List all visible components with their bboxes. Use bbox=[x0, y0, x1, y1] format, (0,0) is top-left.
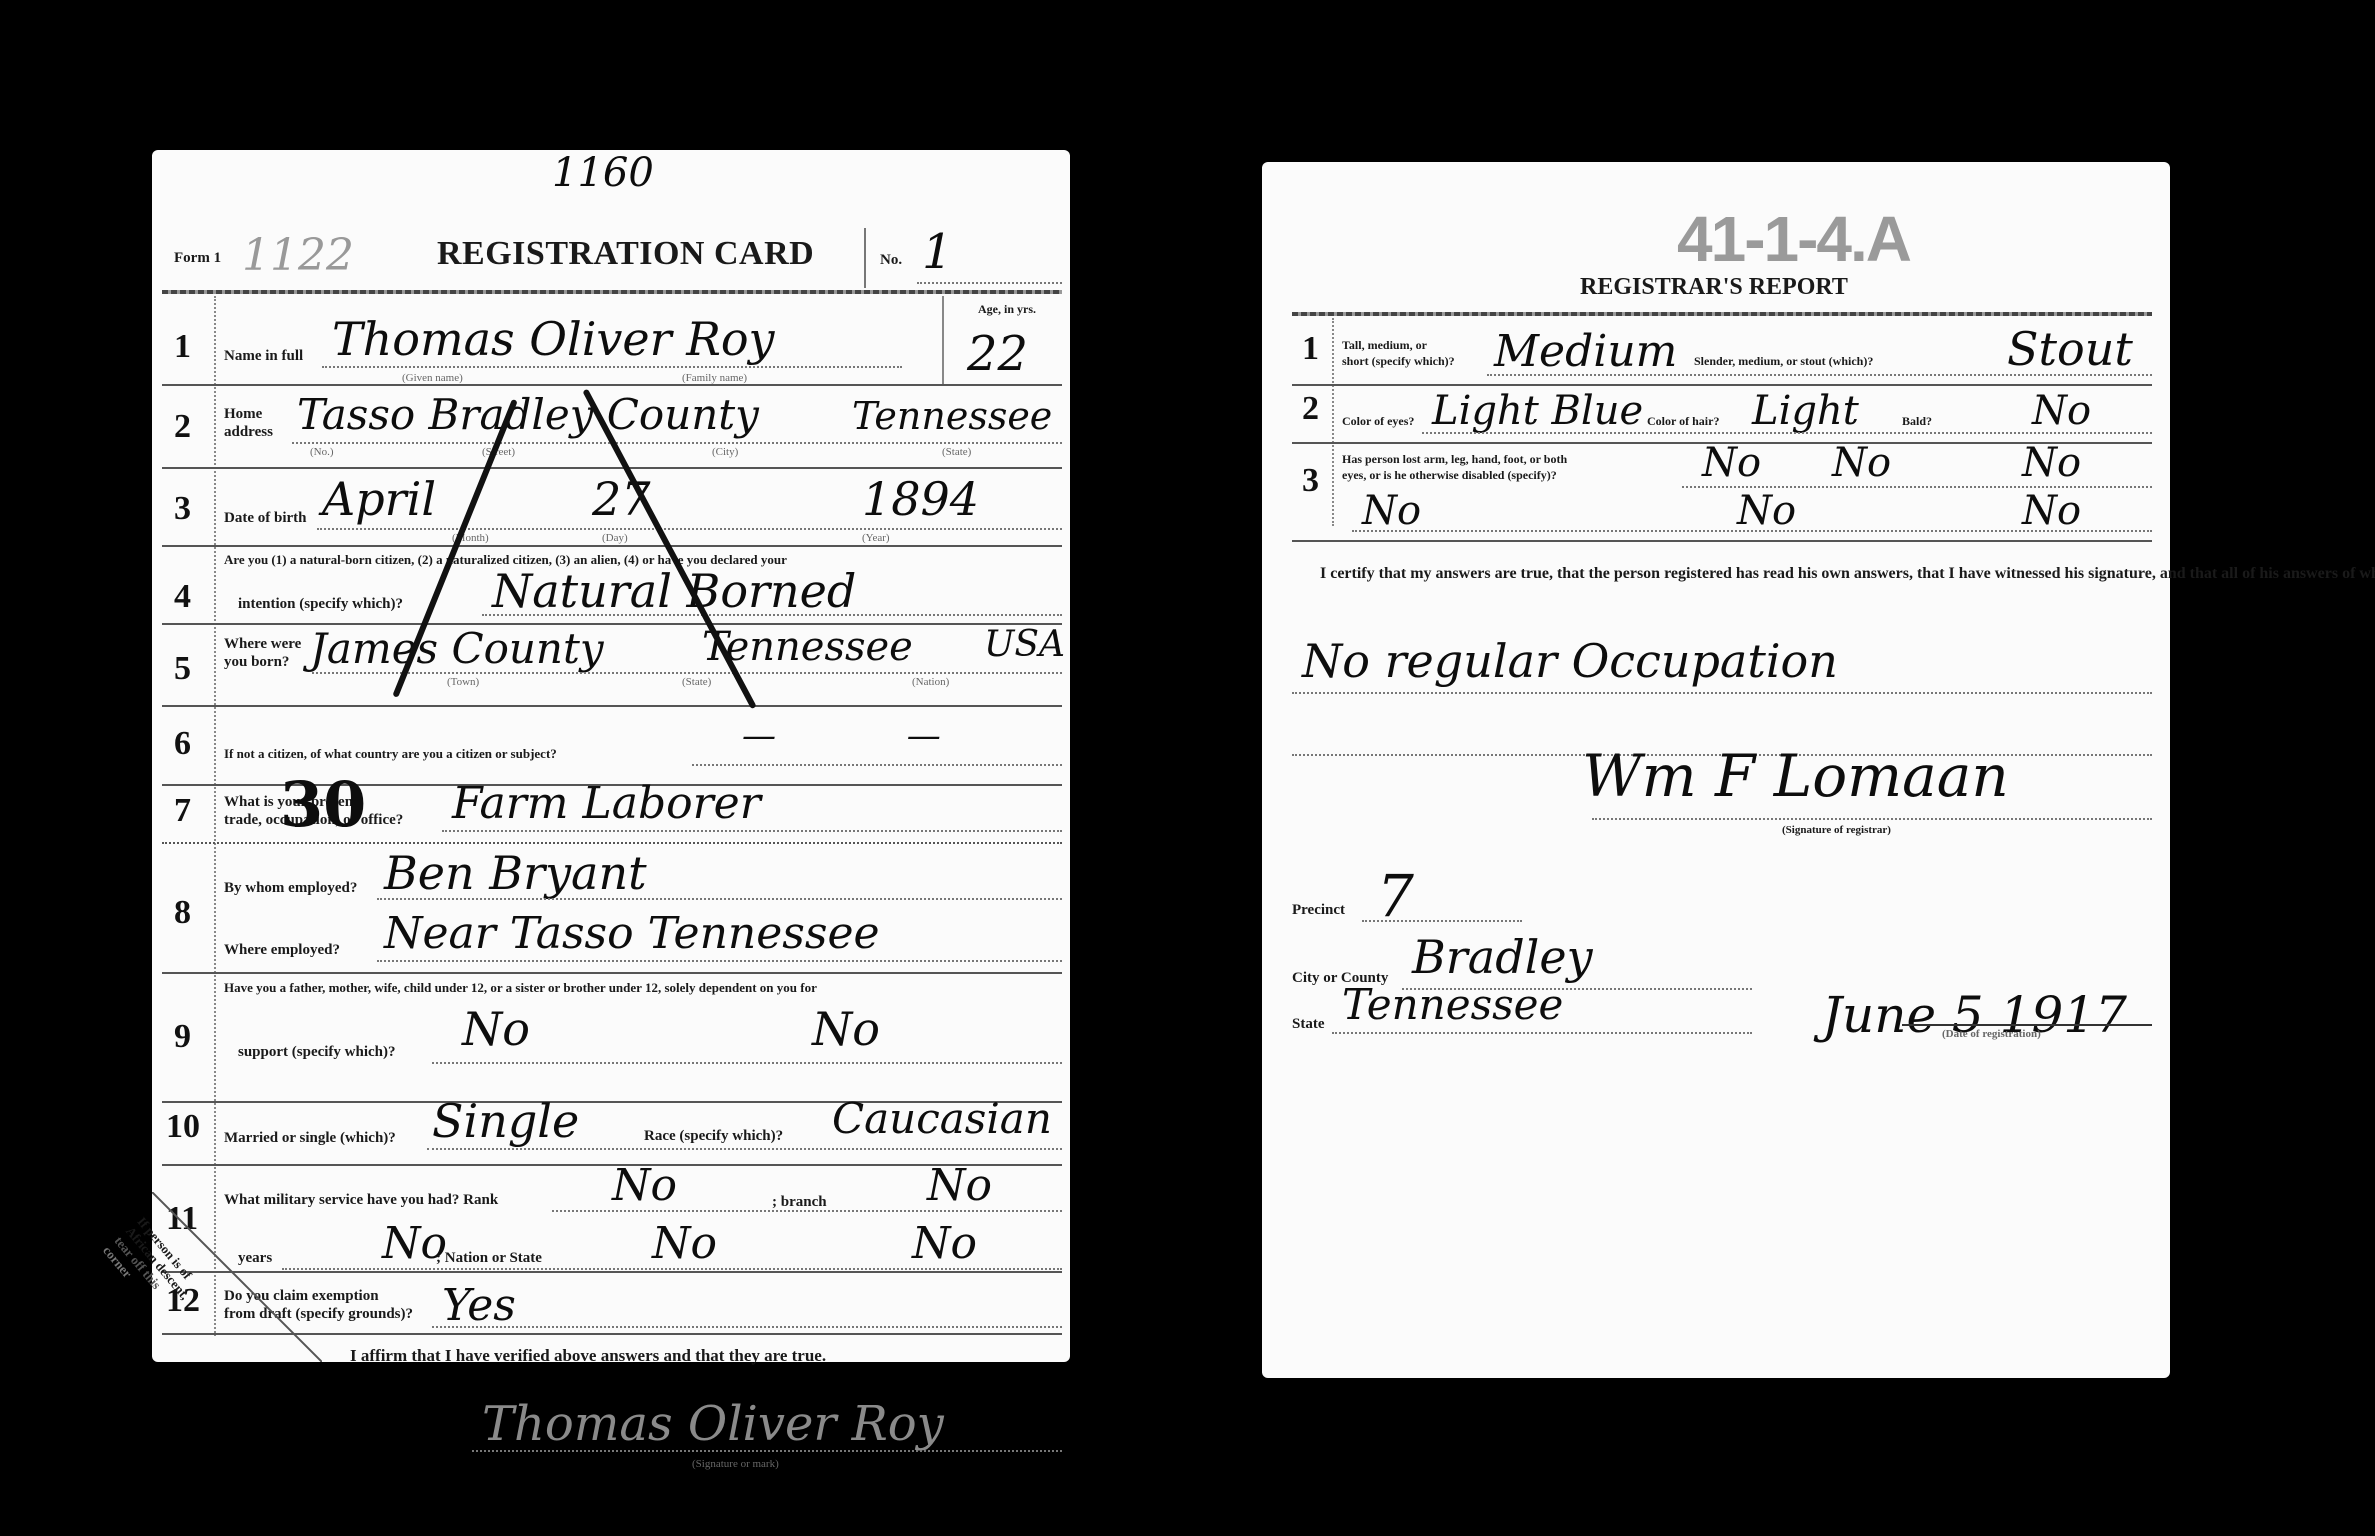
disability-value-4: No bbox=[1362, 488, 1421, 534]
build-value: Stout bbox=[2007, 322, 2133, 376]
dob-month: April bbox=[322, 472, 436, 526]
report-title: REGISTRAR'S REPORT bbox=[1580, 274, 1848, 301]
foreign-citizen-value: — — bbox=[742, 716, 1001, 756]
registrar-signature: Wm F Lomaan bbox=[1582, 742, 2009, 810]
caption-year: (Year) bbox=[862, 532, 890, 544]
city-county-value: Bradley bbox=[1412, 930, 1593, 984]
address-underline bbox=[292, 442, 1062, 444]
dependents-value-2: No bbox=[812, 1002, 880, 1056]
row-number: 4 bbox=[174, 578, 191, 616]
dob-underline bbox=[317, 528, 1062, 530]
report-header-rule bbox=[1292, 312, 2152, 316]
work-location-underline bbox=[377, 960, 1062, 962]
disability-value-1: No bbox=[1702, 440, 1761, 486]
marital-value: Single bbox=[432, 1094, 579, 1148]
home-state-value: Tennessee bbox=[852, 394, 1052, 438]
caption-day: (Day) bbox=[602, 532, 628, 544]
race-value: Caucasian bbox=[832, 1094, 1052, 1143]
foreign-citizen-underline bbox=[692, 764, 1062, 766]
row-number: 6 bbox=[174, 725, 191, 763]
no-value: 1 bbox=[922, 224, 953, 280]
home-address-value: Tasso Bradley County bbox=[297, 390, 759, 439]
home-label: Home bbox=[224, 406, 262, 423]
margin-note-30: 30 bbox=[280, 768, 366, 841]
occupation-underline bbox=[442, 830, 1062, 832]
military-nation-value: No bbox=[652, 1218, 717, 1269]
name-value: Thomas Oliver Roy bbox=[332, 312, 775, 366]
military-extra-value: No bbox=[912, 1218, 977, 1269]
bald-value: No bbox=[2032, 388, 2091, 434]
state-value: Tennessee bbox=[1342, 980, 1563, 1029]
signature-caption: (Signature or mark) bbox=[692, 1458, 779, 1470]
report-number-column-divider bbox=[1332, 318, 1334, 526]
date-caption: (Date of registration) bbox=[1942, 1028, 2041, 1040]
row-number: 1 bbox=[1302, 330, 1319, 368]
age-divider bbox=[942, 296, 944, 384]
precinct-label: Precinct bbox=[1292, 902, 1345, 919]
registrars-report-card: 41-1-4.A REGISTRAR'S REPORT 1 Tall, medi… bbox=[1262, 162, 2170, 1378]
disability-label-2: eyes, or is he otherwise disabled (speci… bbox=[1342, 468, 1557, 483]
disability-label-1: Has person lost arm, leg, hand, foot, or… bbox=[1342, 452, 1567, 467]
disability-value-5: No bbox=[1737, 488, 1796, 534]
caption-town: (Town) bbox=[447, 676, 479, 688]
state-underline bbox=[1332, 1032, 1752, 1034]
row-number: 3 bbox=[1302, 462, 1319, 500]
citizenship-underline bbox=[482, 614, 1062, 616]
caption-no: (No.) bbox=[310, 446, 334, 458]
bald-label: Bald? bbox=[1902, 414, 1932, 429]
military-rank-value: No bbox=[612, 1160, 677, 1211]
dob-label: Date of birth bbox=[224, 510, 307, 527]
serial-above: 1160 bbox=[552, 150, 654, 196]
address-label: address bbox=[224, 424, 273, 441]
caption-state: (State) bbox=[942, 446, 971, 458]
eye-color-label: Color of eyes? bbox=[1342, 414, 1414, 429]
disability-value-2: No bbox=[1832, 440, 1891, 486]
age-label: Age, in yrs. bbox=[978, 302, 1036, 317]
dob-year: 1894 bbox=[862, 472, 979, 526]
birth-nation: USA bbox=[984, 624, 1065, 665]
employer-label: By whom employed? bbox=[224, 880, 357, 897]
height-label-1: Tall, medium, or bbox=[1342, 338, 1427, 353]
row-divider bbox=[162, 842, 1062, 844]
height-label-2: short (specify which)? bbox=[1342, 354, 1455, 369]
work-location-label: Where employed? bbox=[224, 942, 340, 959]
row-divider bbox=[162, 972, 1062, 974]
birthplace-label-1: Where were bbox=[224, 636, 301, 653]
row-number: 2 bbox=[174, 408, 191, 446]
row-number: 10 bbox=[166, 1108, 200, 1146]
height-value: Medium bbox=[1494, 326, 1677, 377]
military-underline-2 bbox=[282, 1268, 1062, 1270]
occupation-value: Farm Laborer bbox=[452, 778, 761, 829]
name-underline bbox=[322, 366, 902, 368]
birth-town: James County bbox=[310, 624, 604, 673]
caption-city: (City) bbox=[712, 446, 738, 458]
row-number: 2 bbox=[1302, 390, 1319, 428]
disability-value-3: No bbox=[2022, 440, 2081, 486]
birthplace-label-2: you born? bbox=[224, 654, 289, 671]
row-divider bbox=[162, 467, 1062, 469]
no-label: No. bbox=[880, 252, 902, 269]
employer-value: Ben Bryant bbox=[384, 846, 647, 900]
number-column-divider bbox=[214, 296, 216, 1336]
signature-underline bbox=[472, 1450, 1062, 1452]
foreign-citizen-label: If not a citizen, of what country are yo… bbox=[224, 746, 557, 762]
row-divider bbox=[162, 705, 1062, 707]
row-divider bbox=[1292, 384, 2152, 386]
row-number: 1 bbox=[174, 328, 191, 366]
disability-underline-2 bbox=[1352, 530, 2152, 532]
build-label: Slender, medium, or stout (which)? bbox=[1694, 354, 1873, 369]
row-number: 9 bbox=[174, 1018, 191, 1056]
serial-handwritten: 1122 bbox=[242, 230, 354, 281]
height-underline bbox=[1487, 374, 2152, 376]
file-stamp: 41-1-4.A bbox=[1677, 202, 1910, 276]
certification-text: I certify that my answers are true, that… bbox=[1292, 562, 2152, 586]
precinct-underline bbox=[1362, 920, 1522, 922]
header-divider bbox=[864, 228, 866, 288]
citizenship-value: Natural Borned bbox=[492, 564, 856, 618]
dependents-value-1: No bbox=[462, 1002, 530, 1056]
disability-value-6: No bbox=[2022, 488, 2081, 534]
eye-color-value: Light Blue bbox=[1432, 388, 1643, 434]
military-underline-1 bbox=[552, 1210, 1062, 1212]
hair-color-label: Color of hair? bbox=[1647, 414, 1719, 429]
header-rule bbox=[162, 290, 1062, 294]
eye-color-underline bbox=[1422, 432, 2152, 434]
caption-given-name: (Given name) bbox=[402, 372, 463, 384]
birthplace-underline bbox=[312, 672, 1062, 674]
exception-underline-1 bbox=[1292, 692, 2152, 694]
marital-underline bbox=[427, 1148, 1062, 1150]
registration-card: Form 1 1122 1160 REGISTRATION CARD No. 1… bbox=[152, 150, 1070, 1362]
marital-label: Married or single (which)? bbox=[224, 1130, 396, 1147]
affirmation-text: I affirm that I have verified above answ… bbox=[350, 1346, 826, 1366]
state-label: State bbox=[1292, 1016, 1325, 1033]
exception-value: No regular Occupation bbox=[1302, 634, 1838, 688]
caption-family-name: (Family name) bbox=[682, 372, 747, 384]
row-divider bbox=[1292, 540, 2152, 542]
name-label: Name in full bbox=[224, 348, 303, 365]
caption-state: (State) bbox=[682, 676, 711, 688]
employer-underline bbox=[377, 898, 1062, 900]
exemption-underline bbox=[432, 1326, 1062, 1328]
card-title: REGISTRATION CARD bbox=[437, 235, 814, 273]
dependents-label: support (specify which)? bbox=[238, 1044, 396, 1061]
row-divider bbox=[162, 545, 1062, 547]
nation-state-label: ; Nation or State bbox=[436, 1250, 542, 1267]
form-label: Form 1 bbox=[174, 250, 221, 267]
exemption-value: Yes bbox=[442, 1280, 516, 1331]
registrar-signature-underline bbox=[1592, 818, 2152, 820]
dependents-underline bbox=[432, 1062, 1062, 1064]
row-number: 3 bbox=[174, 490, 191, 528]
work-location-value: Near Tasso Tennessee bbox=[384, 908, 880, 959]
row-number: 8 bbox=[174, 894, 191, 932]
race-label: Race (specify which)? bbox=[644, 1128, 783, 1145]
intention-label: intention (specify which)? bbox=[238, 596, 403, 613]
row-number: 5 bbox=[174, 650, 191, 688]
hair-color-value: Light bbox=[1752, 388, 1859, 434]
row-number: 7 bbox=[174, 792, 191, 830]
row-divider bbox=[162, 384, 1062, 386]
military-branch-value: No bbox=[927, 1160, 992, 1211]
caption-nation: (Nation) bbox=[912, 676, 949, 688]
no-underline bbox=[917, 282, 1062, 284]
row-divider bbox=[162, 623, 1062, 625]
registrant-signature: Thomas Oliver Roy bbox=[482, 1396, 944, 1452]
date-underline bbox=[1902, 1024, 2152, 1026]
age-value: 22 bbox=[967, 326, 1028, 382]
branch-label: ; branch bbox=[772, 1194, 827, 1211]
dependents-question: Have you a father, mother, wife, child u… bbox=[224, 980, 817, 996]
registrar-signature-caption: (Signature of registrar) bbox=[1782, 824, 1891, 836]
